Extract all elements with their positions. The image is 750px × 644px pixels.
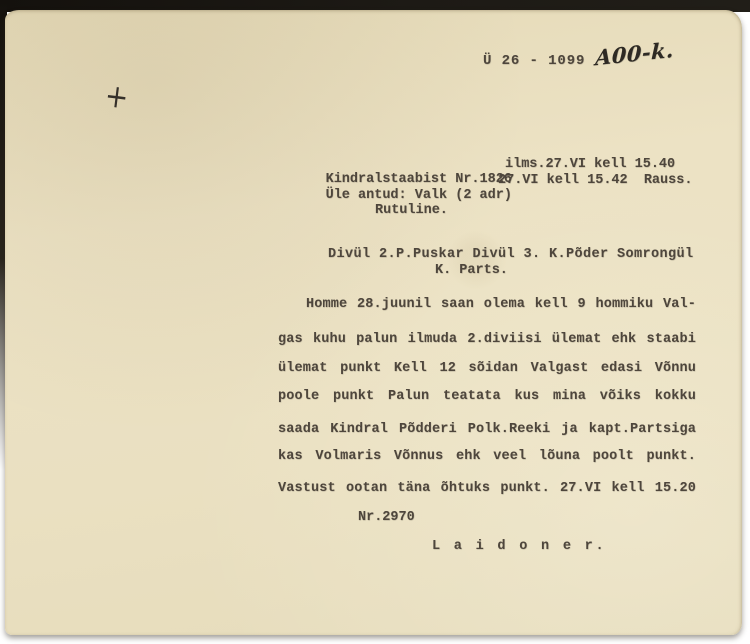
priority-label: Rutuline. [375,203,448,218]
handwritten-annotation: A00-k. [595,37,675,70]
meta-delivery-line: Üle antud: Valk (2 adr) 27.VI kell 15.42… [277,173,737,233]
body-line-5: saada Kindral Põdderi Polk.Reeki ja kapt… [278,422,696,437]
body-line-1: Homme 28.juunil saan olema kell 9 hommik… [278,297,696,312]
addressees-line-1: Divül 2.P.Puskar Divül 3. K.Põder Somron… [328,247,694,262]
scan-stage: Ü 26 - 1099 A00-k. + Kindralstaabist Nr.… [0,0,750,644]
delivered-label: Üle antud: Valk (2 adr) [326,188,512,203]
signature-laidoner: L a i d o n e r. [432,539,606,554]
body-line-3: ülemat punkt Kell 12 sõidan Valgast edas… [278,361,696,376]
handwritten-cross-mark: + [103,76,131,117]
addressees-line-2: K. Parts. [435,263,508,278]
body-line-7: Vastust ootan täna õhtuks punkt. 27.VI k… [278,481,696,496]
telegram-paper-sheet: Ü 26 - 1099 A00-k. + Kindralstaabist Nr.… [5,10,742,635]
document-number: Nr.2970 [358,510,415,525]
body-line-6: kas Volmaris Võnnus ehk veel lõuna poolt… [278,449,696,464]
body-line-2: gas kuhu palun ilmuda 2.diviisi ülemat e… [278,332,696,347]
reference-code: Ü 26 - 1099 [483,53,585,69]
received-timestamp: ilms.27.VI kell 15.40 [505,157,675,172]
delivered-timestamp: 27.VI kell 15.42 Rauss. [498,173,692,188]
body-line-4: poole punkt Palun teatata kus mina võiks… [278,389,696,404]
